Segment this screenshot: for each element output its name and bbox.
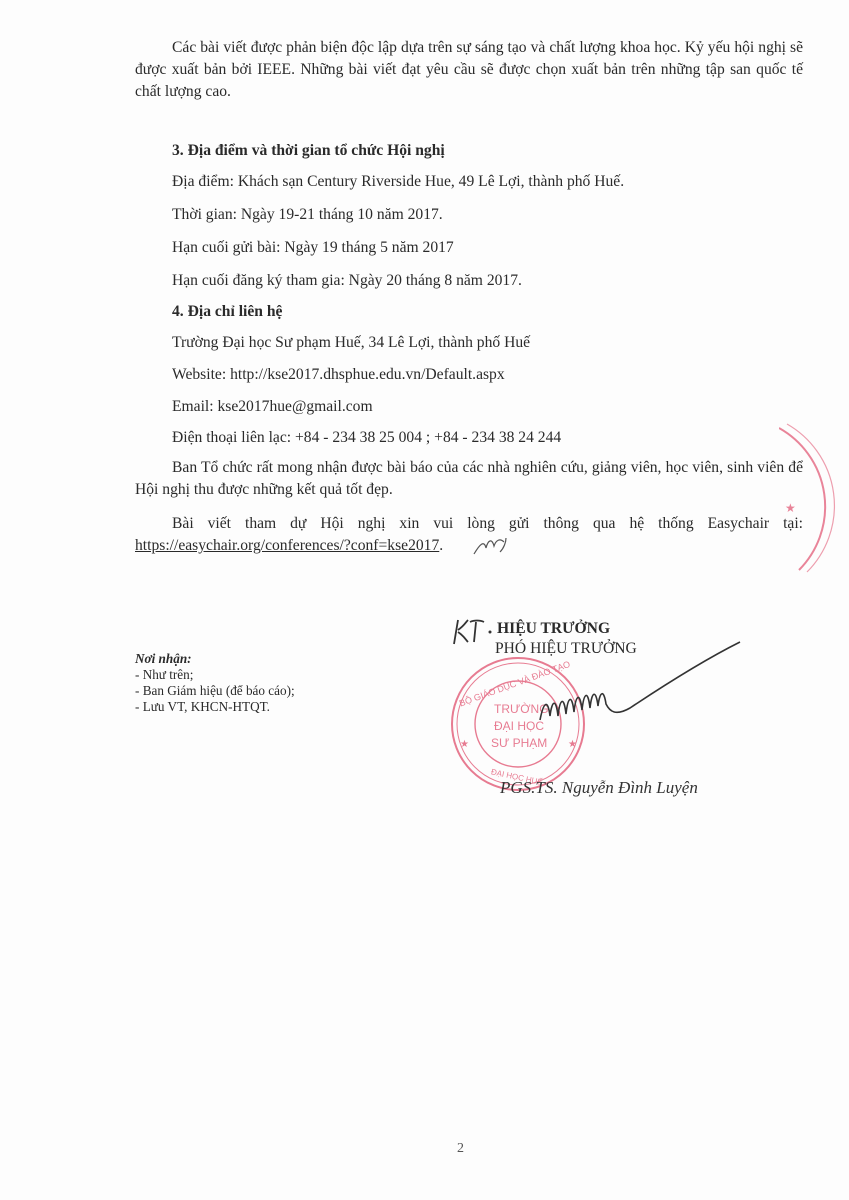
recipients-block: Nơi nhận: - Như trên; - Ban Giám hiệu (đ… bbox=[135, 651, 295, 715]
recipient-item: - Ban Giám hiệu (để báo cáo); bbox=[135, 683, 295, 699]
signature-subtitle: PHÓ HIỆU TRƯỞNG bbox=[495, 640, 637, 658]
time-line: Thời gian: Ngày 19-21 tháng 10 năm 2017. bbox=[172, 205, 443, 225]
partial-stamp-edge: ★ bbox=[779, 420, 849, 580]
submission-deadline-line: Hạn cuối gửi bài: Ngày 19 tháng 5 năm 20… bbox=[172, 238, 454, 258]
svg-text:SƯ PHẠM: SƯ PHẠM bbox=[491, 736, 547, 750]
recipient-item: - Như trên; bbox=[135, 667, 295, 683]
section3-heading: 3. Địa điểm và thời gian tổ chức Hội ngh… bbox=[172, 141, 445, 161]
easychair-link[interactable]: https://easychair.org/conferences/?conf=… bbox=[135, 537, 439, 554]
phone-line: Điện thoại liên lạc: +84 - 234 38 25 004… bbox=[172, 428, 561, 448]
svg-text:TRƯỜNG: TRƯỜNG bbox=[494, 701, 549, 716]
registration-deadline-line: Hạn cuối đăng ký tham gia: Ngày 20 tháng… bbox=[172, 271, 522, 291]
page-number: 2 bbox=[457, 1141, 464, 1157]
address-line: Trường Đại học Sư phạm Huế, 34 Lê Lợi, t… bbox=[172, 333, 530, 353]
signatory-name: PGS.TS. Nguyễn Đình Luyện bbox=[500, 778, 698, 798]
official-stamp-icon: BỘ GIÁO DỤC VÀ ĐÀO TẠO TRƯỜNG ĐẠI HỌC SƯ… bbox=[452, 658, 584, 790]
intro-paragraph: Các bài viết được phản biện độc lập dựa … bbox=[135, 37, 803, 103]
handwritten-initial-icon bbox=[470, 530, 510, 560]
section4-heading: 4. Địa chỉ liên hệ bbox=[172, 302, 282, 322]
website-line: Website: http://kse2017.dhsphue.edu.vn/D… bbox=[172, 365, 505, 385]
recipient-item: - Lưu VT, KHCN-HTQT. bbox=[135, 699, 295, 715]
svg-text:★: ★ bbox=[568, 739, 577, 750]
submission-paragraph: Bài viết tham dự Hội nghị xin vui lòng g… bbox=[135, 513, 803, 557]
kt-handwritten-icon bbox=[454, 620, 484, 644]
recipients-title: Nơi nhận: bbox=[135, 651, 295, 667]
signature-block: BỘ GIÁO DỤC VÀ ĐÀO TẠO TRƯỜNG ĐẠI HỌC SƯ… bbox=[440, 612, 760, 822]
email-line: Email: kse2017hue@gmail.com bbox=[172, 397, 373, 417]
signature-title: HIỆU TRƯỞNG bbox=[497, 620, 610, 638]
document-page: Các bài viết được phản biện độc lập dựa … bbox=[0, 0, 849, 1200]
svg-text:★: ★ bbox=[460, 739, 469, 750]
svg-text:ĐẠI HỌC: ĐẠI HỌC bbox=[494, 719, 544, 733]
svg-text:★: ★ bbox=[785, 501, 796, 515]
closing-paragraph: Ban Tổ chức rất mong nhận được bài báo c… bbox=[135, 457, 803, 501]
venue-line: Địa điểm: Khách sạn Century Riverside Hu… bbox=[172, 172, 624, 192]
